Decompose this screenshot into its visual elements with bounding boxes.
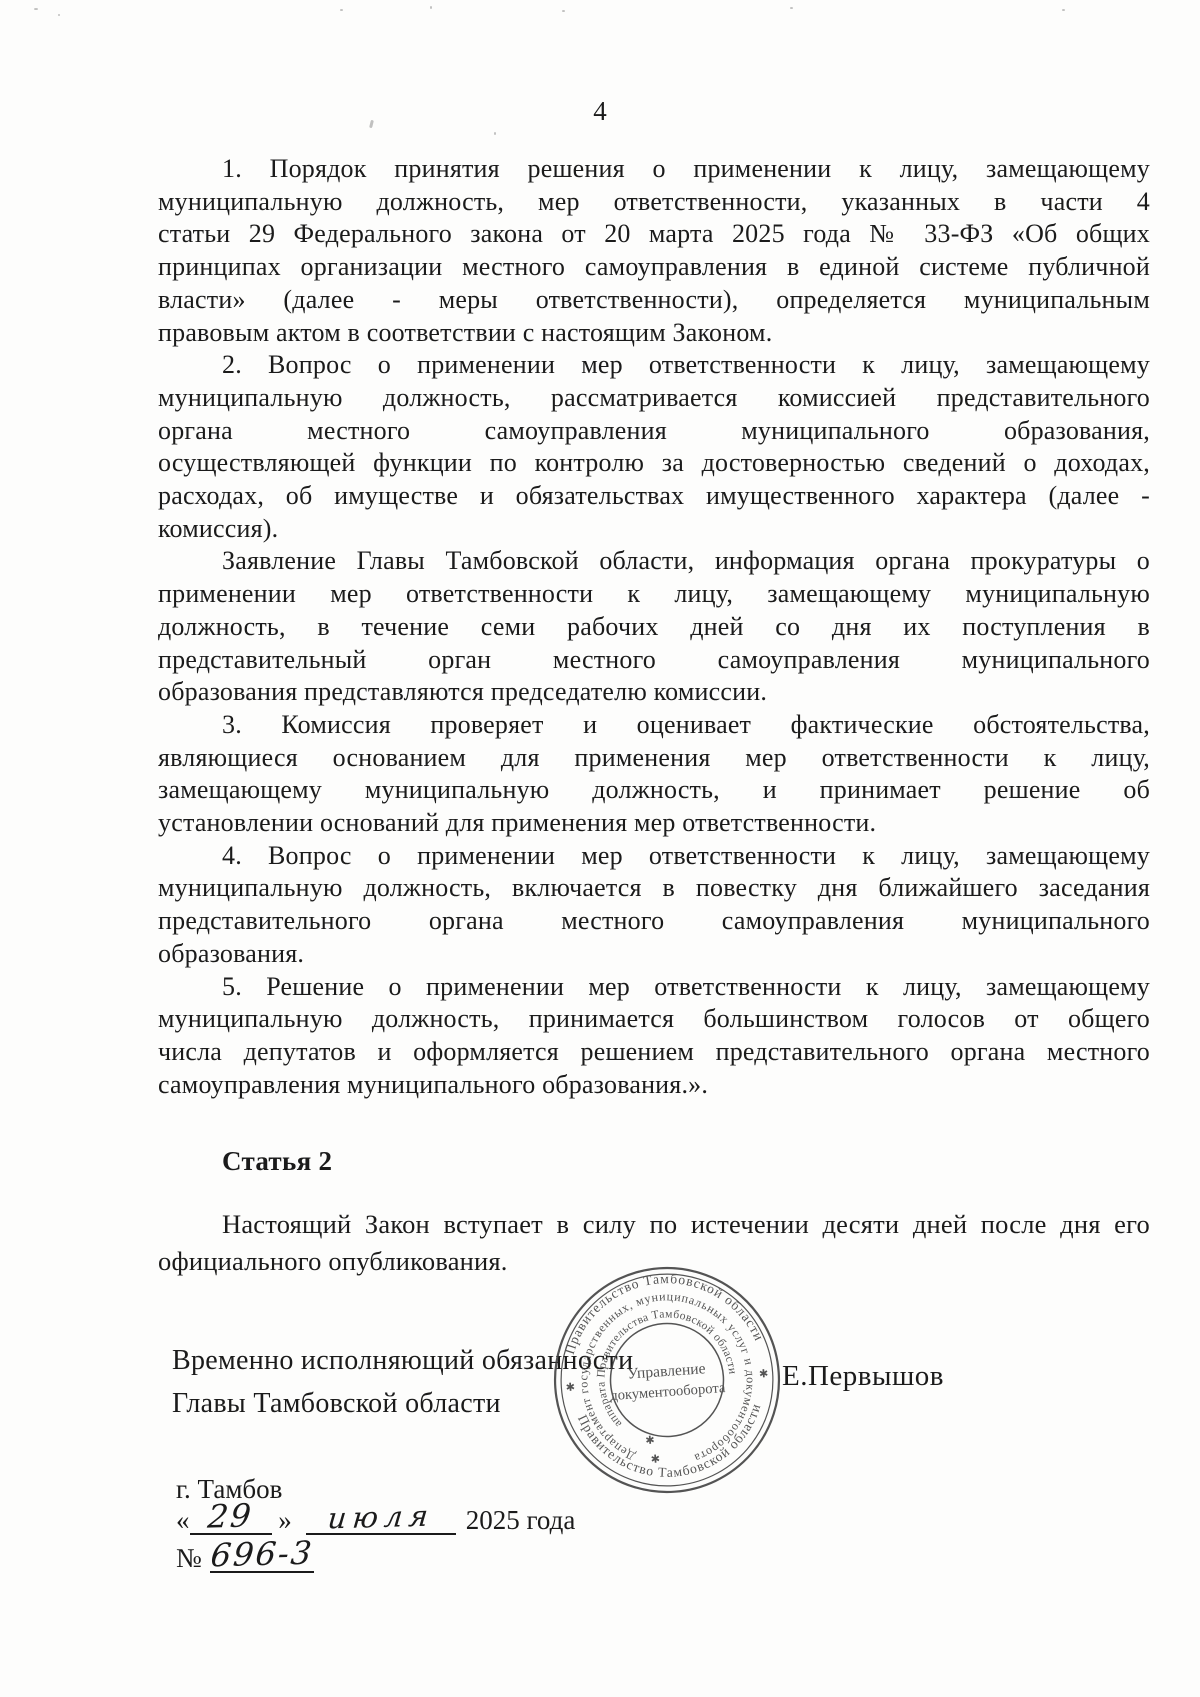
- paragraph-line: власти» (далее - меры ответственности), …: [158, 284, 1150, 317]
- date-line: «29 »июля2025 года: [176, 1505, 575, 1536]
- paragraph-line: муниципальную должность, принимается бол…: [158, 1003, 1150, 1036]
- paragraph-line: образования.: [158, 938, 1150, 971]
- paragraph-line: числа депутатов и оформляется решением п…: [158, 1036, 1150, 1069]
- paragraph-line: 2. Вопрос о применении мер ответственнос…: [158, 349, 1150, 382]
- paragraph-line: 3. Комиссия проверяет и оценивает фактич…: [158, 709, 1150, 742]
- paragraph-line: муниципальную должность, включается в по…: [158, 872, 1150, 905]
- paragraph-line: осуществляющей функции по контролю за до…: [158, 447, 1150, 480]
- handwritten-number: 696-3: [209, 1540, 314, 1569]
- page-number: 4: [0, 96, 1200, 127]
- paragraph: Заявление Главы Тамбовской области, инфо…: [158, 545, 1150, 709]
- paragraph-line: муниципальную должность, рассматривается…: [158, 382, 1150, 415]
- paragraph-line: статьи 29 Федерального закона от 20 март…: [158, 218, 1150, 251]
- paragraph-line: должность, в течение семи рабочих дней с…: [158, 611, 1150, 644]
- year-label: 2025 года: [466, 1505, 576, 1535]
- number-blank: 696-3: [210, 1543, 314, 1573]
- month-blank: июля: [306, 1506, 456, 1535]
- stamp-center-line2: документооборота: [610, 1380, 727, 1404]
- stamp-separator-star-inner: ✱: [645, 1435, 655, 1448]
- paragraph: 5. Решение о применении мер ответственно…: [158, 971, 1150, 1102]
- scanned-law-page: 4 1. Порядок принятия решения о применен…: [0, 0, 1200, 1697]
- paragraph-line: представительный орган местного самоупра…: [158, 644, 1150, 677]
- paragraph-line: применении мер ответственности к лицу, з…: [158, 578, 1150, 611]
- article-2-heading: Статья 2: [222, 1146, 332, 1177]
- stamp-center-line1: Управление: [627, 1360, 706, 1382]
- stamp-separator-star-bottom: ✱: [650, 1453, 660, 1466]
- paragraph-line: замещающему муниципальную должность, и п…: [158, 774, 1150, 807]
- paragraph-line: образования представляются председателю …: [158, 676, 1150, 709]
- paragraph-line: являющиеся основанием для применения мер…: [158, 742, 1150, 775]
- paragraph-line: Настоящий Закон вступает в силу по истеч…: [158, 1206, 1150, 1243]
- signatory-name: Е.Первышов: [782, 1360, 944, 1393]
- document-number-line: №696-3: [176, 1543, 314, 1574]
- number-sign: №: [176, 1543, 202, 1573]
- paragraph-line: 1. Порядок принятия решения о применении…: [158, 153, 1150, 186]
- paragraph-line: 4. Вопрос о применении мер ответственнос…: [158, 840, 1150, 873]
- paragraph: 3. Комиссия проверяет и оценивает фактич…: [158, 709, 1150, 840]
- stamp-separator-star-right: ✱: [759, 1368, 769, 1381]
- paragraph: 1. Порядок принятия решения о применении…: [158, 153, 1150, 349]
- paragraph-line: Заявление Главы Тамбовской области, инфо…: [158, 545, 1150, 578]
- paragraph-line: комиссия).: [158, 513, 1150, 546]
- open-quote: «: [176, 1505, 190, 1535]
- paragraph-line: правовым актом в соответствии с настоящи…: [158, 317, 1150, 350]
- paragraph-line: принципах организации местного самоуправ…: [158, 251, 1150, 284]
- paragraph: 2. Вопрос о применении мер ответственнос…: [158, 349, 1150, 545]
- paragraph-line: органа местного самоуправления муниципал…: [158, 415, 1150, 448]
- close-quote: »: [278, 1505, 292, 1535]
- official-stamp: Правительство Тамбовской области Правите…: [549, 1262, 785, 1498]
- paragraph-line: расходах, об имуществе и обязательствах …: [158, 480, 1150, 513]
- law-body-text: 1. Порядок принятия решения о применении…: [158, 153, 1150, 1101]
- paragraph-line: представительного органа местного самоуп…: [158, 905, 1150, 938]
- stamp-separator-star-left: ✱: [565, 1381, 575, 1394]
- paragraph: 4. Вопрос о применении мер ответственнос…: [158, 840, 1150, 971]
- paragraph-line: самоуправления муниципального образовани…: [158, 1069, 1150, 1102]
- handwritten-day: 29: [207, 1502, 254, 1529]
- paragraph-line: муниципальную должность, мер ответственн…: [158, 186, 1150, 219]
- day-blank: 29: [190, 1505, 272, 1535]
- paragraph-line: 5. Решение о применении мер ответственно…: [158, 971, 1150, 1004]
- handwritten-month: июля: [326, 1503, 435, 1532]
- paragraph-line: установлении оснований для применения ме…: [158, 807, 1150, 840]
